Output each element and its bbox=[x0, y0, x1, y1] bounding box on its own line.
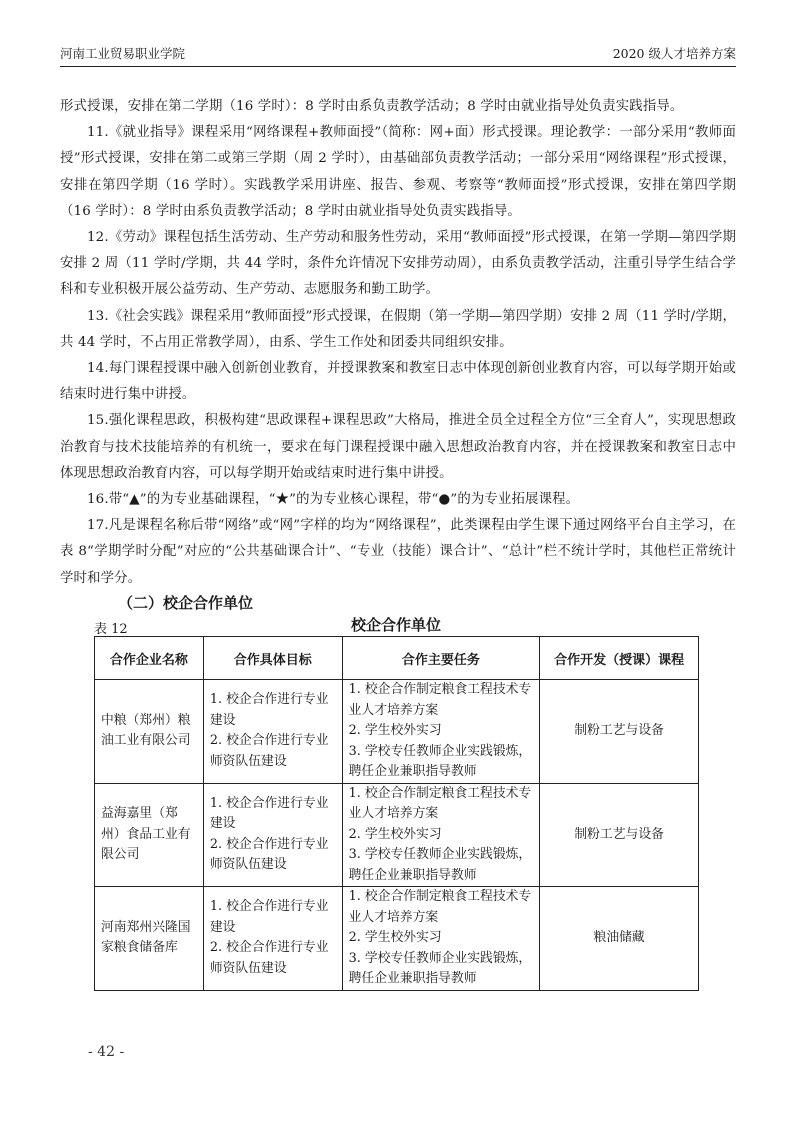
paragraph-continuation: 形式授课，安排在第二学期（16 学时）：8 学时由系负责教学活动；8 学时由就业… bbox=[60, 94, 736, 120]
task-item: 3. 学校专任教师企业实践锻炼，聘任企业兼职指导教师 bbox=[349, 742, 534, 783]
paragraph-17: 17.凡是课程名称后带“网络”或“网”字样的均为“网络课程”，此类课程由学生课下… bbox=[60, 513, 736, 592]
cell-course: 粮油储藏 bbox=[540, 887, 699, 991]
paragraph-12: 12.《劳动》课程包括生活劳动、生产劳动和服务性劳动，采用“教师面授”形式授课，… bbox=[60, 225, 736, 304]
cell-goals: 1. 校企合作进行专业建设 2. 校企合作进行专业师资队伍建设 bbox=[203, 680, 342, 784]
task-item: 2. 学生校外实习 bbox=[349, 928, 534, 949]
cell-tasks: 1. 校企合作制定粮食工程技术专业人才培养方案 2. 学生校外实习 3. 学校专… bbox=[342, 680, 540, 784]
paragraph-13: 13.《社会实践》课程采用“教师面授”形式授课，在假期（第一学期—第四学期）安排… bbox=[60, 304, 736, 356]
body-text: 形式授课，安排在第二学期（16 学时）：8 学时由系负责教学活动；8 学时由就业… bbox=[60, 94, 736, 592]
goal-item: 2. 校企合作进行专业师资队伍建设 bbox=[210, 938, 336, 979]
goal-item: 2. 校企合作进行专业师资队伍建设 bbox=[210, 835, 336, 876]
table-title: 校企合作单位 bbox=[94, 614, 698, 635]
cell-goals: 1. 校企合作进行专业建设 2. 校企合作进行专业师资队伍建设 bbox=[203, 887, 342, 991]
header-goals: 合作具体目标 bbox=[203, 637, 342, 680]
task-item: 1. 校企合作制定粮食工程技术专业人才培养方案 bbox=[349, 887, 534, 928]
goal-item: 1. 校企合作进行专业建设 bbox=[210, 690, 336, 731]
header-document-title: 2020 级人才培养方案 bbox=[613, 44, 736, 62]
goal-item: 1. 校企合作进行专业建设 bbox=[210, 897, 336, 938]
paragraph-14: 14.每门课程授课中融入创新创业教育，并授课教案和教室日志中体现创新创业教育内容… bbox=[60, 356, 736, 408]
task-item: 3. 学校专任教师企业实践锻炼，聘任企业兼职指导教师 bbox=[349, 845, 534, 886]
paragraph-16: 16.带“▲”的为专业基础课程，“★”的为专业核心课程，带“●”的为专业拓展课程… bbox=[60, 487, 736, 513]
cell-company: 中粮（郑州）粮油工业有限公司 bbox=[95, 680, 204, 784]
cell-tasks: 1. 校企合作制定粮食工程技术专业人才培养方案 2. 学生校外实习 3. 学校专… bbox=[342, 783, 540, 887]
header-course: 合作开发（授课）课程 bbox=[540, 637, 699, 680]
table-row: 益海嘉里（郑州）食品工业有限公司 1. 校企合作进行专业建设 2. 校企合作进行… bbox=[95, 783, 699, 887]
goal-item: 2. 校企合作进行专业师资队伍建设 bbox=[210, 731, 336, 772]
task-item: 2. 学生校外实习 bbox=[349, 825, 534, 846]
page-header: 河南工业贸易职业学院 2020 级人才培养方案 bbox=[60, 44, 736, 67]
header-tasks: 合作主要任务 bbox=[342, 637, 540, 680]
page-number: - 42 - bbox=[88, 1044, 124, 1060]
task-item: 3. 学校专任教师企业实践锻炼，聘任企业兼职指导教师 bbox=[349, 949, 534, 990]
task-item: 1. 校企合作制定粮食工程技术专业人才培养方案 bbox=[349, 784, 534, 825]
cell-course: 制粉工艺与设备 bbox=[540, 680, 699, 784]
cooperation-table: 合作企业名称 合作具体目标 合作主要任务 合作开发（授课）课程 中粮（郑州）粮油… bbox=[94, 636, 699, 991]
cell-company: 益海嘉里（郑州）食品工业有限公司 bbox=[95, 783, 204, 887]
goal-item: 1. 校企合作进行专业建设 bbox=[210, 794, 336, 835]
header-institution: 河南工业贸易职业学院 bbox=[60, 44, 185, 62]
cell-company: 河南郑州兴隆国家粮食储备库 bbox=[95, 887, 204, 991]
cell-tasks: 1. 校企合作制定粮食工程技术专业人才培养方案 2. 学生校外实习 3. 学校专… bbox=[342, 887, 540, 991]
paragraph-11: 11.《就业指导》课程采用“网络课程+教师面授”（简称：网+面）形式授课。理论教… bbox=[60, 120, 736, 225]
paragraph-15: 15.强化课程思政，积极构建“思政课程+课程思政”大格局，推进全员全过程全方位“… bbox=[60, 408, 736, 487]
task-item: 1. 校企合作制定粮食工程技术专业人才培养方案 bbox=[349, 680, 534, 721]
section-heading: （二）校企合作单位 bbox=[118, 592, 253, 613]
table-row: 中粮（郑州）粮油工业有限公司 1. 校企合作进行专业建设 2. 校企合作进行专业… bbox=[95, 680, 699, 784]
table-header-row: 合作企业名称 合作具体目标 合作主要任务 合作开发（授课）课程 bbox=[95, 637, 699, 680]
table-row: 河南郑州兴隆国家粮食储备库 1. 校企合作进行专业建设 2. 校企合作进行专业师… bbox=[95, 887, 699, 991]
table-caption: 表 12 校企合作单位 bbox=[94, 614, 698, 636]
cell-course: 制粉工艺与设备 bbox=[540, 783, 699, 887]
task-item: 2. 学生校外实习 bbox=[349, 721, 534, 742]
cell-goals: 1. 校企合作进行专业建设 2. 校企合作进行专业师资队伍建设 bbox=[203, 783, 342, 887]
header-company: 合作企业名称 bbox=[95, 637, 204, 680]
